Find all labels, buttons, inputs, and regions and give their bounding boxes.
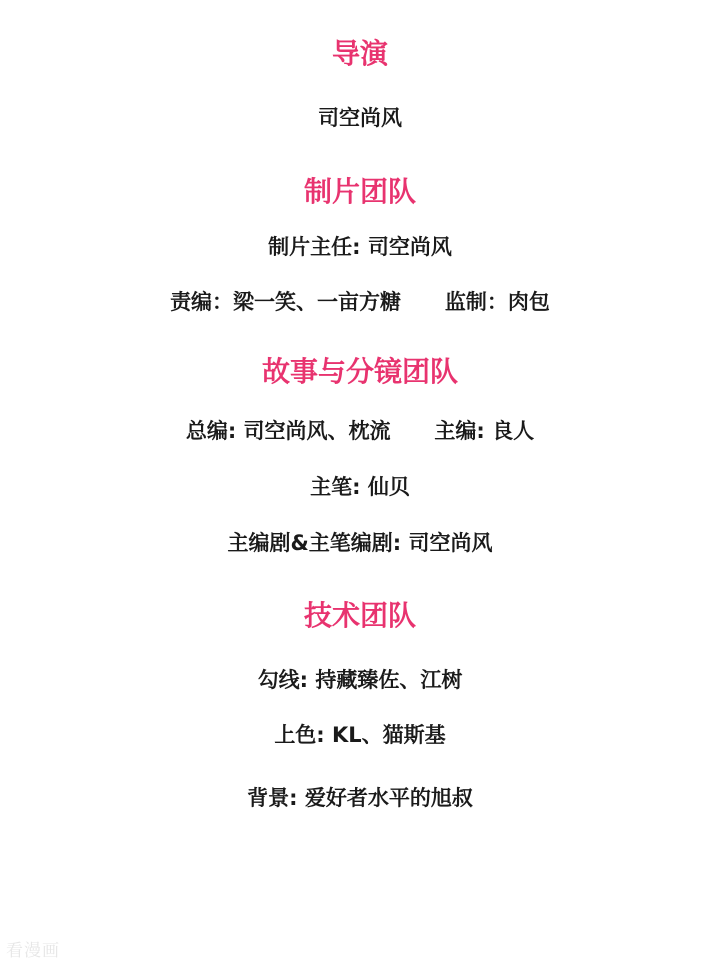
director-name: 司空尚风 (0, 102, 720, 132)
lead-artist: 主笔: 仙贝 (0, 471, 720, 501)
heading-production-team: 制片团队 (0, 170, 720, 210)
heading-director: 导演 (0, 32, 720, 72)
chief-editors: 总编: 司空尚风、枕流 主编: 良人 (0, 415, 720, 445)
heading-tech-team: 技术团队 (0, 594, 720, 634)
background-art: 背景: 爱好者水平的旭叔 (0, 782, 720, 812)
heading-story-team: 故事与分镜团队 (0, 350, 720, 390)
production-manager: 制片主任: 司空尚风 (0, 231, 720, 261)
watermark: 看漫画 (6, 936, 60, 961)
coloring: 上色: KL、猫斯基 (0, 719, 720, 749)
line-art: 勾线: 持藏臻佐、江树 (0, 664, 720, 694)
screenwriter: 主编剧&主笔编剧: 司空尚风 (0, 527, 720, 557)
editor-supervisor: 责编：梁一笑、一亩方糖 监制：肉包 (0, 286, 720, 316)
